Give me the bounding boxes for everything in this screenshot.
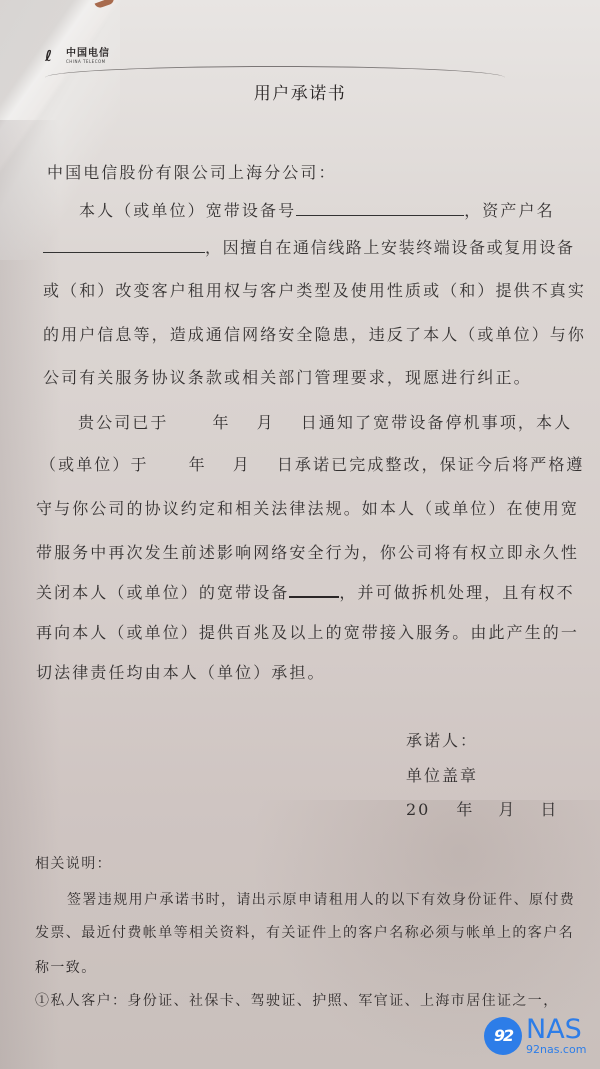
date-year: 年 (456, 800, 474, 819)
letterhead: ℓ 中国电信 CHINA TELECOM (45, 48, 505, 78)
letterhead-rule (45, 66, 505, 80)
device-blank[interactable] (289, 596, 339, 598)
paragraph2-line5: 关闭本人（或单位）的宽带设备，并可做拆机处理，且有权不 (36, 580, 575, 603)
paragraph1-line5: 公司有关服务协议条款或相关部门管理要求，现愿进行纠正。 (43, 365, 532, 388)
page-corner (95, 0, 116, 9)
date-prefix: 20 (406, 800, 430, 819)
text: 关闭本人（或单位）的宽带设备 (36, 583, 289, 602)
promisor-label: 承诺人： (406, 728, 478, 751)
paragraph2-line4: 带服务中再次发生前述影响网络安全行为，你公司将有权立即永久性 (36, 540, 579, 563)
text: ，并可做拆机处理，且有权不 (339, 583, 574, 602)
rectify-month: 月 (233, 455, 251, 474)
notes-heading: 相关说明： (35, 853, 112, 873)
watermark: 92 NAS 92nas.com (484, 1016, 586, 1055)
watermark-brand: NAS (526, 1016, 586, 1043)
logo-chinese-name: 中国电信 (66, 49, 110, 59)
paragraph2-line3: 守与你公司的协议约定和相关法律法规。如本人（或单位）在使用宽 (36, 496, 579, 519)
logo-text: 中国电信 CHINA TELECOM (66, 49, 110, 64)
notes-line1: 签署违规用户承诺书时，请出示原申请租用人的以下有效身份证件、原付费 (67, 889, 575, 909)
rectify-year: 年 (189, 455, 207, 474)
paragraph2-line7: 切法律责任均由本人（单位）承担。 (36, 660, 326, 683)
seal-label: 单位盖章 (406, 763, 478, 786)
paragraph2-line2: （或单位）于年月日承诺已完成整改，保证今后将严格遵 (40, 452, 585, 475)
paragraph1-line2: ，因擅自在通信线路上安装终端设备或复用设备 (43, 235, 575, 258)
paragraph1-line4: 的用户信息等，造成通信网络安全隐患，违反了本人（或单位）与你 (43, 322, 586, 345)
notice-year: 年 (213, 413, 231, 432)
account-name-blank[interactable] (43, 252, 205, 253)
device-number-blank[interactable] (296, 215, 464, 216)
notes-line4: ①私人客户：身份证、社保卡、驾驶证、护照、军官证、上海市居住证之一， (35, 990, 559, 1010)
watermark-badge-icon: 92 (484, 1017, 522, 1055)
paragraph2-line1: 贵公司已于年月日通知了宽带设备停机事项，本人 (78, 410, 572, 433)
china-telecom-logo: ℓ 中国电信 CHINA TELECOM (45, 48, 110, 64)
signature-date: 20年月日 (406, 797, 558, 820)
notes-line3: 称一致。 (35, 957, 97, 977)
page-fold-shade (0, 0, 120, 260)
text: （或单位）于 (40, 455, 149, 474)
paragraph2-line6: 再向本人（或单位）提供百兆及以上的宽带接入服务。由此产生的一 (36, 620, 579, 643)
paragraph1-line1: 本人（或单位）宽带设备号，资产户名 (79, 198, 555, 221)
text: ，因擅自在通信线路上安装终端设备或复用设备 (205, 238, 575, 257)
text: 贵公司已于 (78, 413, 169, 432)
notice-month: 月 (257, 413, 275, 432)
watermark-text: NAS 92nas.com (526, 1016, 586, 1055)
paragraph1-line3: 或（和）改变客户租用权与客户类型及使用性质或（和）提供不真实 (43, 278, 586, 301)
china-telecom-logo-icon: ℓ (45, 48, 63, 64)
date-day: 日 (540, 800, 558, 819)
logo-english-name: CHINA TELECOM (66, 60, 110, 64)
document-title: 用户承诺书 (0, 79, 600, 104)
text: 日通知了宽带设备停机事项，本人 (301, 413, 573, 432)
text: 日承诺已完成整改，保证今后将严格遵 (277, 455, 585, 474)
text: ，资产户名 (464, 201, 555, 220)
notes-line2: 发票、最近付费帐单等相关资料，有关证件上的客户名称必须与帐单上的客户名 (35, 922, 574, 942)
text: 本人（或单位）宽带设备号 (79, 201, 296, 220)
watermark-domain: 92nas.com (526, 1044, 586, 1055)
date-month: 月 (498, 800, 516, 819)
salutation: 中国电信股份有限公司上海分公司： (47, 160, 337, 183)
